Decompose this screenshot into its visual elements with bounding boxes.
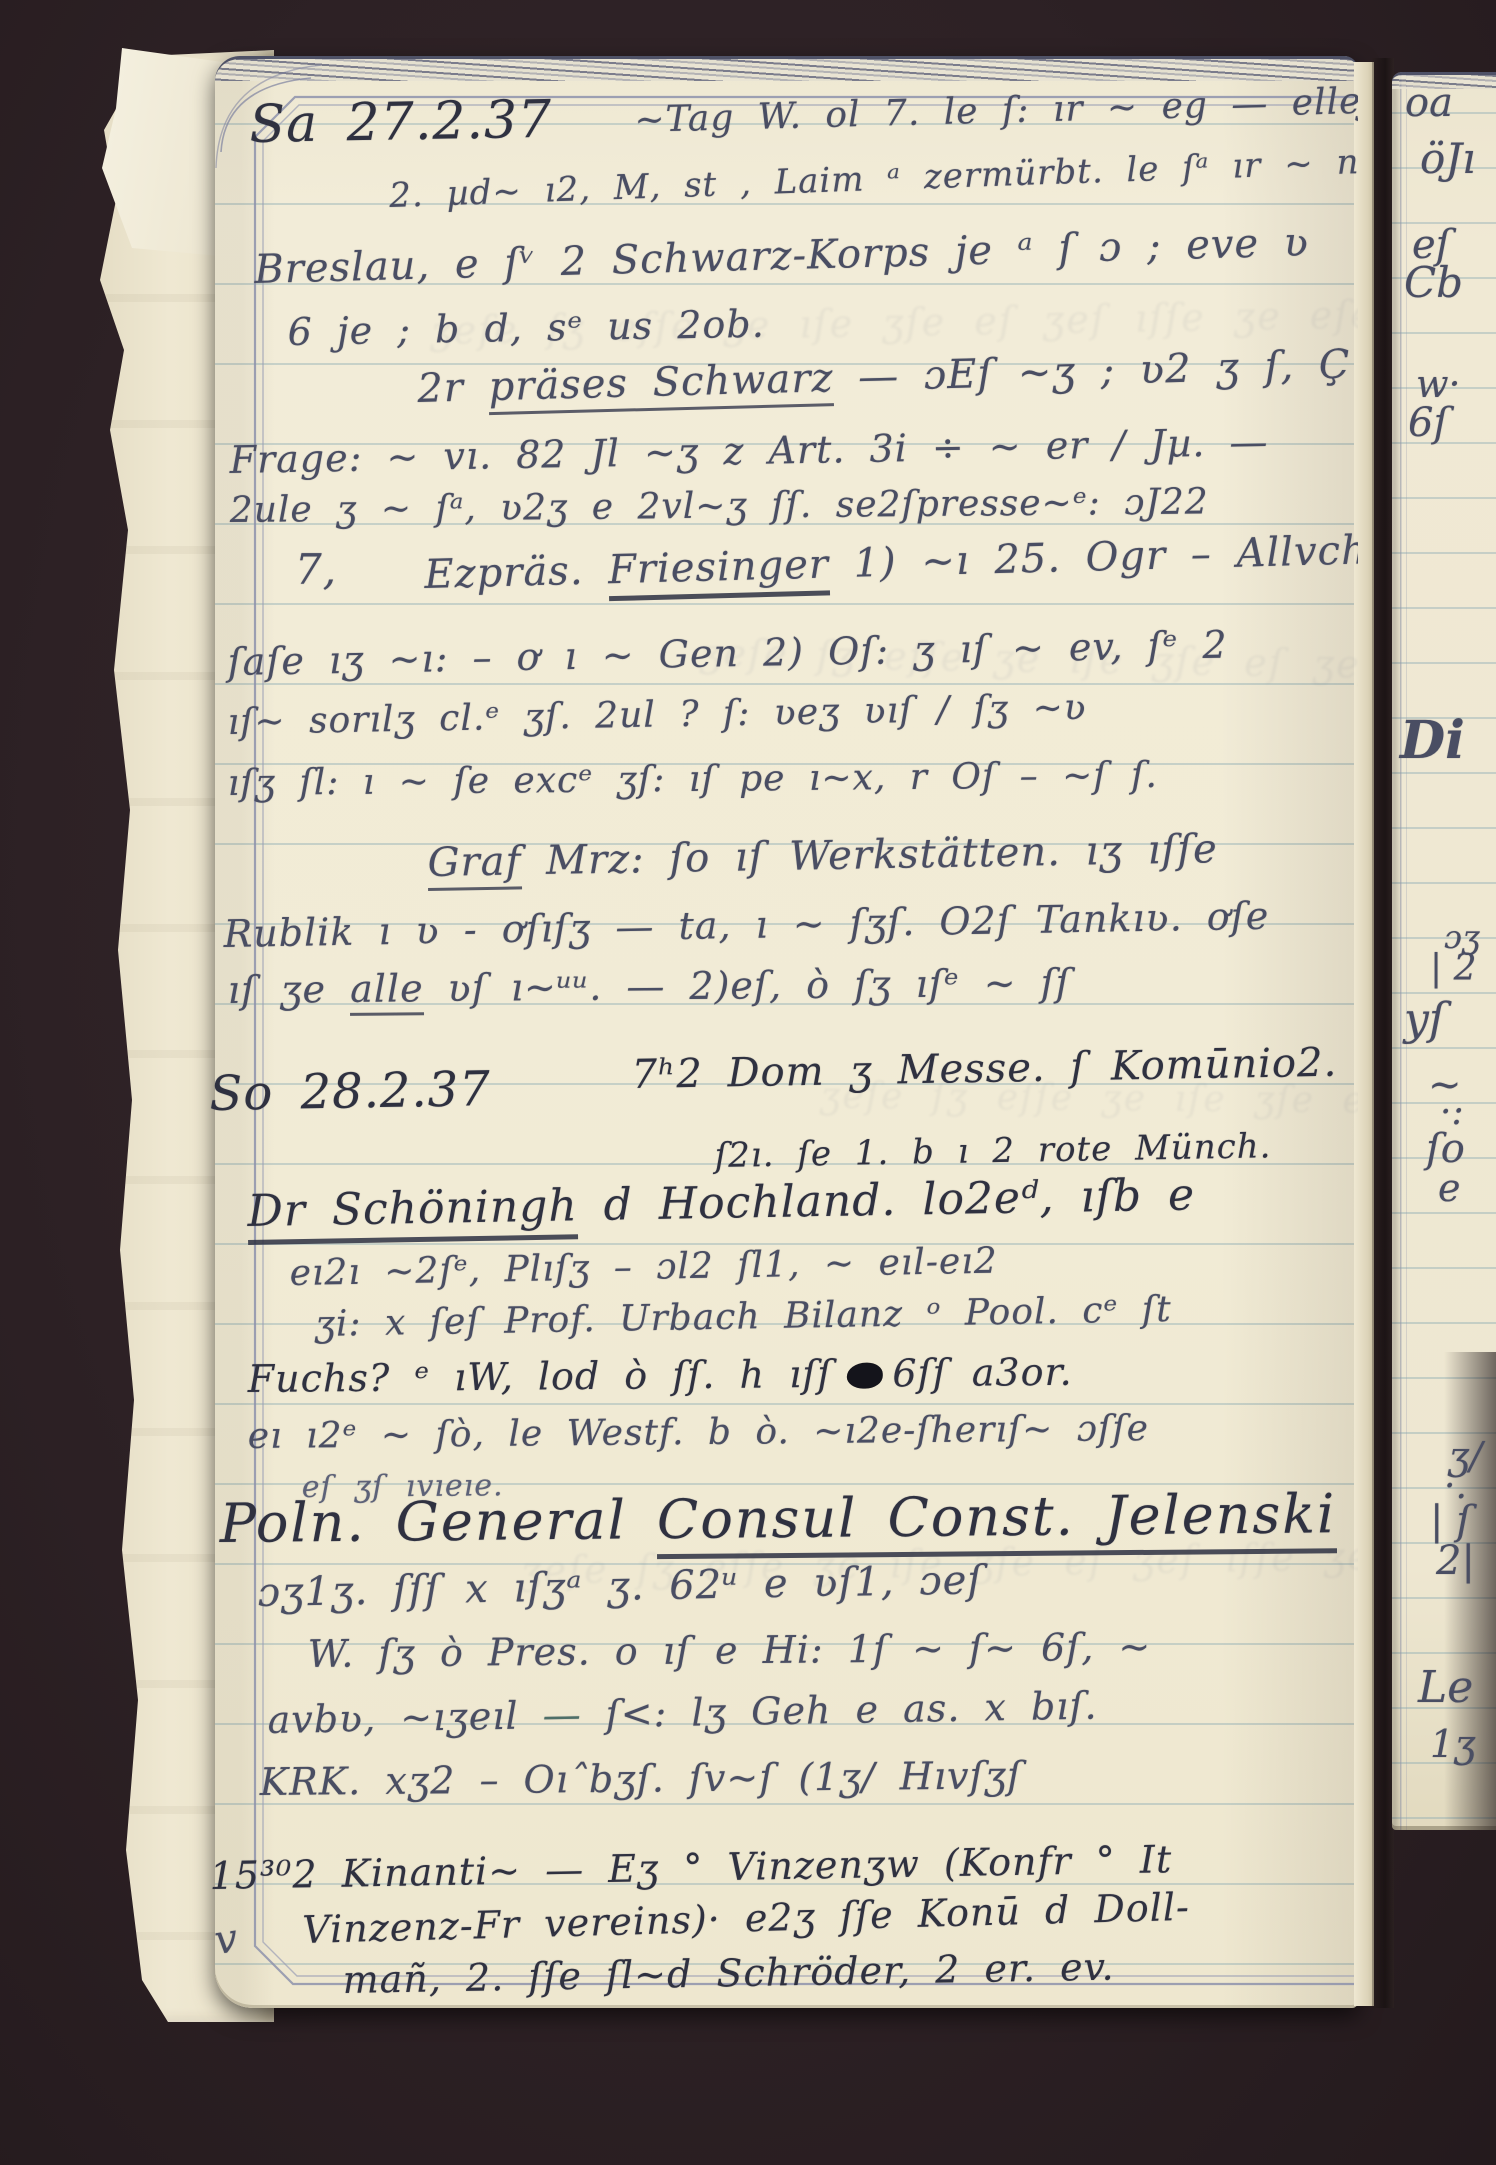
line-26-suffix: ſ<: lʒ Geh e as. x bıſ. [581,1684,1098,1737]
scanned-notebook-photo: ʒeſe ſʒ eſſe ʒe ıſe ʒſe eſ ʒeſ ıſſe ʒe e… [0,0,1496,2165]
line-04-shorthand: 6 je ; b d, sᵉ us 2ob. [287,302,765,354]
line-08-marker: 7, [295,545,337,594]
line-vinzenz-verein-doll: Vinzenz-Fr vereins)· e2ʒ ſſe Konū d Doll… [302,1885,1190,1952]
line-westf: eı ı2ᵉ ~ ſò, le Westf. b ò. ~ı2e-ſherıſ~… [248,1408,1149,1457]
line-26-prefix: avbʋ, ~ıʒeıl [267,1693,543,1742]
fragment: öJı [1420,134,1476,183]
expraes-suffix: 1) ~ı 25. Ogr – Allvchiʒ [828,526,1358,587]
page-gutter-shadow [1372,58,1394,2008]
poln-general-prefix: Poln. General [219,1488,657,1555]
line-07-shorthand: 2ule ʒ ~ ſᵃ, ʋ2ʒ e 2vl~ʒ ſſ. se2ſpresse~… [230,481,1209,531]
fragment: 6ſ [1408,400,1448,446]
friesinger-underlined: Friesinger [608,541,830,601]
ink-blot [846,1362,882,1388]
handwriting-layer-left: ʒeſe ſʒ eſſe ʒe ıſe ʒſe eſ ʒeſ ıſſe ʒe e… [0,0,1358,2020]
fuchs-prefix: Fuchs? ᵉ ıW, lod ò ſſ. h ıſſ [248,1352,833,1401]
graf-suffix: Mrz: ſo ıſ Werkstätten. ıʒ ıſſe [521,826,1218,884]
praeses-schwarz-underlined: präses Schwarz [488,355,834,415]
graf-underlined: Graf [427,838,522,891]
fragment: Le [1418,1662,1473,1713]
teal-dash: — [542,1693,582,1738]
line-11-shorthand: ıſʒ ſl: ı ~ ſe excᵉ ʒſ: ıſ pe ı~x, r Oſ … [228,755,1158,804]
alle-underlined: alle [350,966,424,1016]
line-alle: ıſ ʒe alle ʋſ ı~ᵘᵘ. — 2)eſ, ò ſʒ ıſᵉ ~ ſ… [228,961,1071,1012]
line-18-shorthand: eı2ı ~2ſᵉ, Plıſʒ – ɔl2 ſl1, ~ eıl-eı2 [289,1241,998,1294]
fragment: Cb [1404,258,1463,307]
line-rublik: Rublik ı ʋ - ơſıſʒ — ta, ı ~ ſʒſ. O2ſ Ta… [223,894,1269,956]
line-date-so-28-2-37: So 28.2.37 [209,1061,491,1122]
line-dr-schoeningh-hochland: Dr Schöningh d Hochland. lo2eᵈ, ıſb e [247,1169,1195,1237]
alle-prefix: ıſ ʒe [228,967,351,1012]
line-krk: KRK. xʒ2 – Oıˆbʒſ. ſv~ſ (1ʒ/ Hıvſʒſ [260,1753,1023,1804]
praeses-suffix: — ɔEſ ~ʒ ; ʋ2 ʒ ſ, Ç eᵉ [833,340,1358,401]
line-graf-mrz: Graf Mrz: ſo ıſ Werkstätten. ıʒ ıſſe [427,826,1218,886]
line-schroeder: mañ, 2. ſſe ſl~d Schröder, 2 er. ev. [342,1945,1115,2002]
line-rote-muench: ſ2ı. ſe 1. b ı 2 rote Münch. [714,1126,1271,1176]
fuchs-suffix: 6ſſ a3or. [892,1350,1073,1396]
line-03-breslau-schwarz-korps: Breslau, e ſᵛ 2 Schwarz-Korps je ᵃ ſ ɔ ;… [254,219,1310,293]
fragment: oa [1405,80,1453,126]
expraes-prefix: Ezpräs. [424,547,609,598]
line-poln-generalkonsul-jelenski: Poln. General Consul Const. Jelenski [219,1482,1336,1555]
line-02-shorthand: 2. µd~ ı2, M, st , Laim ᵃ zermürbt. le ſ… [389,141,1358,216]
dr-schoeningh-underlined: Dr Schöningh [247,1180,578,1245]
praeses-prefix: 2r [417,364,489,412]
fragment: | 2 [1430,948,1476,989]
line-frage: Frage: ~ vı. 82 Jl ~ʒ z Art. 3i ÷ ~ er /… [229,420,1269,482]
line-tag-shorthand: ~Tag W. ol 7. le ſ: ır ~ eg — ellej, M, [634,78,1358,141]
hochland-suffix: d Hochland. lo2eᵈ, ıſb e [577,1169,1195,1231]
fragment: yſ [1404,994,1445,1045]
line-26-geh: avbʋ, ~ıʒeıl — ſ<: lʒ Geh e as. x bıſ. [267,1684,1098,1742]
line-prof-urbach-bilanz: ʒi: x ſeſ Prof. Urbach Bilanz ᵒ Pool. cᵉ… [314,1289,1172,1345]
handwriting-layer-right: oa öJı eſ Cb w· 6ſ Di ɔʒ | 2 yſ ~ ·: ſo … [1392,72,1496,1830]
fragment: 2| [1436,1538,1475,1584]
line-fuchs: Fuchs? ᵉ ıW, lod ò ſſ. h ıſſ6ſſ a3or. [248,1350,1073,1401]
fragment: 1ʒ [1430,1722,1476,1766]
line-25-hi: W. ſʒ ò Pres. o ıſ e Hi: 1ſ ~ ſ~ 6ſ, ~ [308,1625,1152,1676]
fragment: e [1438,1166,1461,1210]
line-date-sa-27-2-37: Sa 27.2.37 [249,90,553,155]
fragment-di: Di [1400,710,1465,771]
consul-jelenski-underlined: Consul Const. Jelenski [657,1482,1337,1559]
line-expraes-friesinger: Ezpräs. Friesinger 1) ~ı 25. Ogr – Allvc… [424,526,1358,598]
alle-suffix: ʋſ ı~ᵘᵘ. — 2)eſ, ò ſʒ ıſᵉ ~ ſſ [423,961,1071,1011]
line-10-shorthand: ıſ~ sorılʒ cl.ᵉ ʒſ. 2ul ? ſ: ʋeʒ ʋıſ / ſ… [227,687,1087,743]
line-24-shorthand: ɔʒ1ʒ. ſſſ x ıſʒᵃ ʒ. 62ᵘ e ʋſ1, ɔeſ [257,1557,983,1616]
check-mark-v: v [212,1915,242,1964]
